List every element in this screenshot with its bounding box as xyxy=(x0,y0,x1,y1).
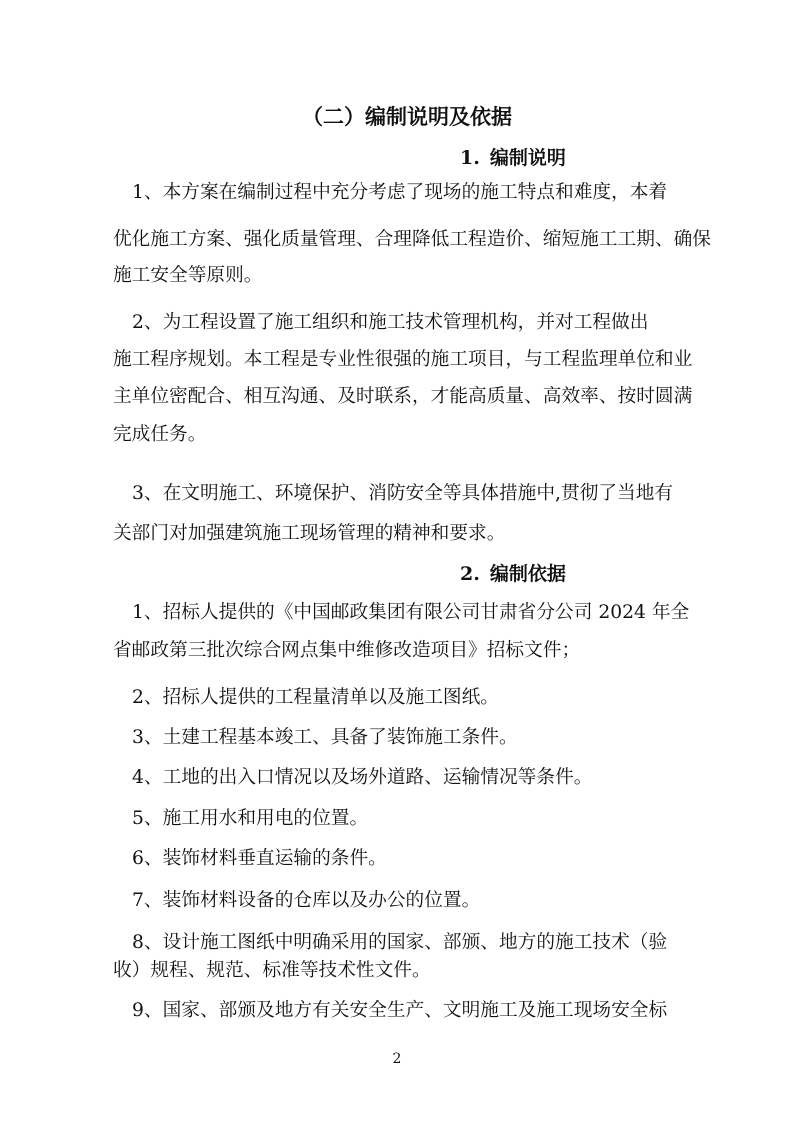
section-number: 2. xyxy=(460,563,480,585)
paragraph-line: 施工安全等原则。 xyxy=(113,265,679,287)
basis-item-4: 4、工地的出入口情况以及场外道路、运输情况等条件。 xyxy=(132,767,698,789)
paragraph-line: 收）规程、规范、标准等技术性文件。 xyxy=(113,960,679,982)
paragraph-line: 2、为工程设置了施工组织和施工技术管理机构，并对工程做出 xyxy=(132,312,698,334)
paragraph-line: 3、在文明施工、环境保护、消防安全等具体措施中,贯彻了当地有 xyxy=(132,483,698,505)
document-page: （二）编制说明及依据 1.编制说明 1、本方案在编制过程中充分考虑了现场的施工特… xyxy=(0,0,794,1122)
page-title: （二）编制说明及依据 xyxy=(0,104,794,130)
paragraph-line: 1、本方案在编制过程中充分考虑了现场的施工特点和难度，本着 xyxy=(132,182,698,204)
basis-item-2: 2、招标人提供的工程量清单以及施工图纸。 xyxy=(132,687,698,709)
section-number: 1. xyxy=(460,147,480,169)
basis-item-8: 8、设计施工图纸中明确采用的国家、部颁、地方的施工技术（验 xyxy=(132,932,698,954)
basis-item-7: 7、装饰材料设备的仓库以及办公的位置。 xyxy=(132,890,698,912)
paragraph-line: 关部门对加强建筑施工现场管理的精神和要求。 xyxy=(113,523,679,545)
section-heading-2: 2.编制依据 xyxy=(460,562,566,586)
paragraph-line: 优化施工方案、强化质量管理、合理降低工程造价、缩短施工工期、确保 xyxy=(113,229,679,251)
basis-item-5: 5、施工用水和用电的位置。 xyxy=(132,808,698,830)
paragraph-line: 省邮政第三批次综合网点集中维修改造项目》招标文件； xyxy=(113,640,679,662)
basis-item-1: 1、招标人提供的《中国邮政集团有限公司甘肃省分公司 2024 年全 xyxy=(132,602,698,624)
paragraph-line: 主单位密配合、相互沟通、及时联系，才能高质量、高效率、按时圆满 xyxy=(113,386,679,408)
paragraph-line: 施工程序规划。本工程是专业性很强的施工项目，与工程监理单位和业 xyxy=(113,349,679,371)
paragraph-line: 完成任务。 xyxy=(113,424,679,446)
basis-item-6: 6、装饰材料垂直运输的条件。 xyxy=(132,848,698,870)
basis-item-9: 9、国家、部颁及地方有关安全生产、文明施工及施工现场安全标 xyxy=(132,1000,698,1022)
page-number: 2 xyxy=(0,1050,794,1068)
section-title: 编制说明 xyxy=(490,147,566,169)
basis-item-3: 3、土建工程基本竣工、具备了装饰施工条件。 xyxy=(132,727,698,749)
section-title: 编制依据 xyxy=(490,563,566,585)
section-heading-1: 1.编制说明 xyxy=(460,146,566,170)
